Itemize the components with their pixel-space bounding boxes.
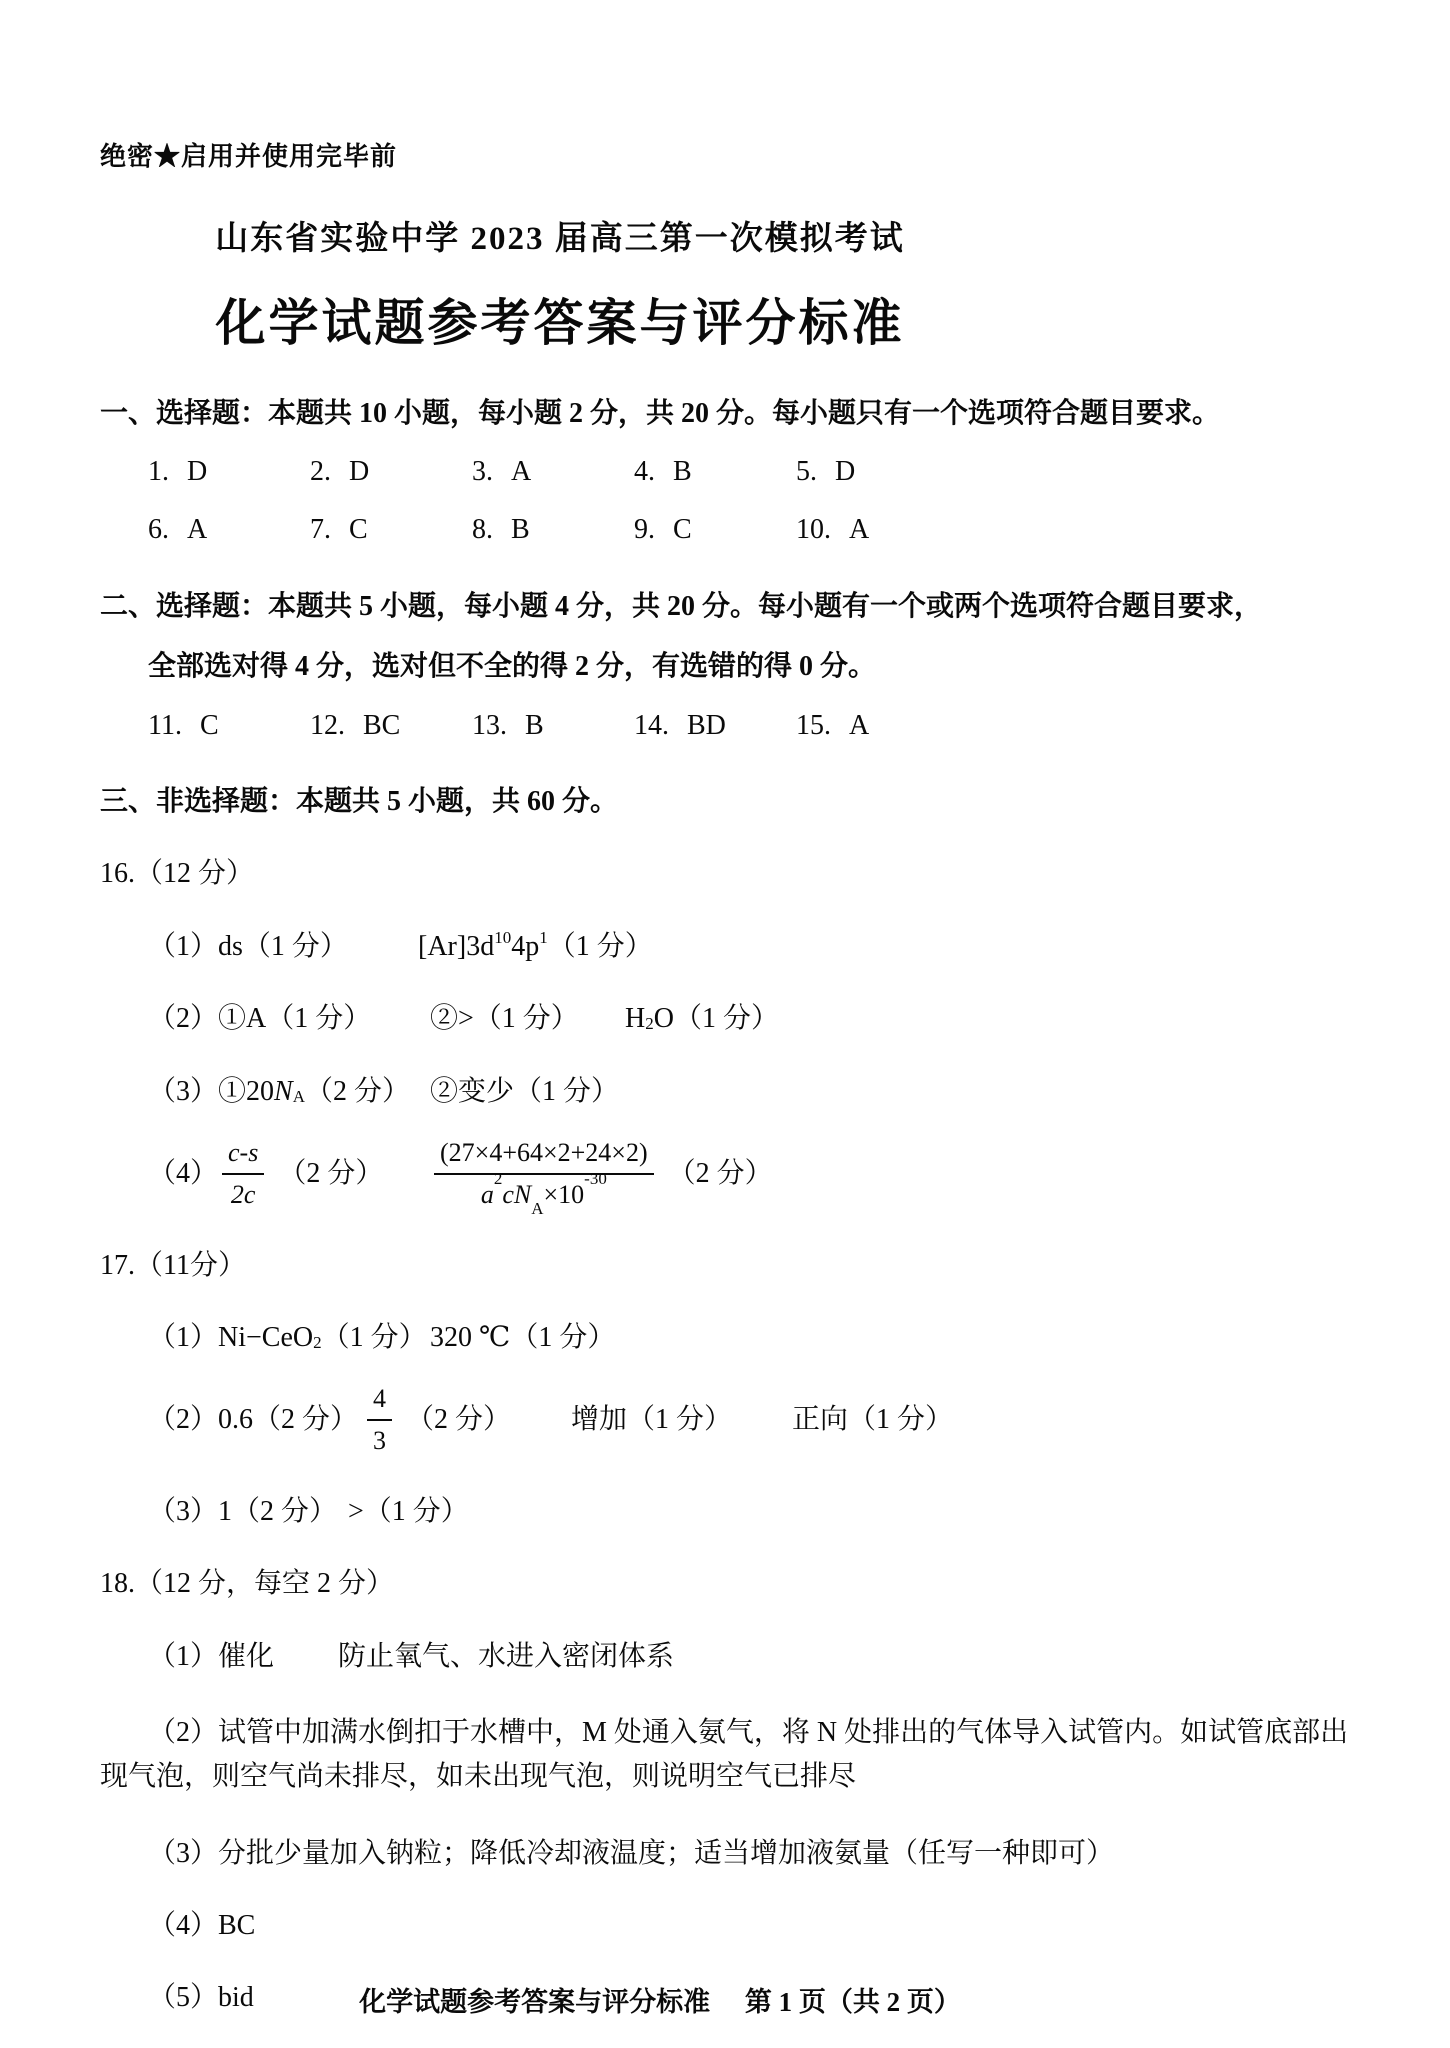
answer-letter: BD <box>687 710 726 741</box>
classification-note: 绝密★启用并使用完毕前 <box>100 140 1360 174</box>
answer-number: 6. <box>148 514 169 545</box>
answer-item: 6.A <box>148 512 310 548</box>
q17-part1: （1）Ni−CeO2（1 分） 320 ℃（1 分） <box>148 1320 1360 1356</box>
section3-heading: 三、非选择题：本题共 5 小题，共 60 分。 <box>100 784 1360 820</box>
answer-number: 10. <box>796 514 831 545</box>
score-label: （1 分） <box>322 1320 427 1356</box>
answer-letter: D <box>835 456 855 487</box>
answer-item: 14.BD <box>634 708 796 744</box>
answer-letter: C <box>673 514 692 545</box>
answer-item: 5.D <box>796 454 958 490</box>
answer-letter: B <box>525 710 544 741</box>
answer-row-1-5: 1.D 2.D 3.A 4.B 5.D <box>148 454 1360 490</box>
answer-letter: D <box>187 456 207 487</box>
formula-segment: ×10 <box>543 1180 584 1209</box>
q17-2-answer-increase: 增加（1 分） <box>571 1402 732 1438</box>
q16-4-answer-1: （4） c-s2c （2 分） <box>148 1136 430 1212</box>
answer-number: 7. <box>310 514 331 545</box>
q16-2-answer-1: （2）①A（1 分） <box>148 1001 430 1037</box>
q18-part1: （1）催化 防止氧气、水进入密闭体系 <box>148 1639 1360 1675</box>
answer-number: 5. <box>796 456 817 487</box>
q16-2-answer-2: ②>（1 分） <box>430 1001 625 1037</box>
avogadro-symbol: N <box>274 1074 293 1110</box>
answer-item: 8.B <box>472 512 634 548</box>
q18-4-answer: （4）BC <box>148 1908 255 1944</box>
answer-item: 4.B <box>634 454 796 490</box>
answer-item: 10.A <box>796 512 958 548</box>
subscript: A <box>531 1199 543 1218</box>
answer-letter: D <box>349 456 369 487</box>
exam-title: 山东省实验中学 2023 届高三第一次模拟考试 <box>100 218 1020 261</box>
q17-3-answer-2: >（1 分） <box>348 1494 469 1530</box>
q16-part2: （2）①A（1 分） ②>（1 分） H2O（1 分） <box>148 1001 1360 1037</box>
answer-letter: C <box>349 514 368 545</box>
answer-number: 3. <box>472 456 493 487</box>
fraction-denominator: 3 <box>367 1421 392 1458</box>
formula-segment: 4p <box>511 929 539 965</box>
score-label: （1 分） <box>548 929 653 965</box>
q18-1-answer-catalysis: （1）催化 <box>148 1639 274 1675</box>
answer-number: 1. <box>148 456 169 487</box>
q17-2-answer-1: （2）0.6（2 分） <box>148 1402 363 1438</box>
fraction-density-expression: (27×4+64×2+24×2) a2cNA×10-30 <box>434 1136 654 1212</box>
answer-number: 8. <box>472 514 493 545</box>
score-label: （2 分） <box>305 1074 410 1110</box>
answer-number: 2. <box>310 456 331 487</box>
fraction-numerator: 4 <box>367 1382 392 1421</box>
section1-heading: 一、选择题：本题共 10 小题，每小题 2 分，共 20 分。每小题只有一个选项… <box>100 396 1360 432</box>
formula-segment: a <box>481 1180 494 1209</box>
q16-part1: （1）ds（1 分） [Ar]3d104p1（1 分） <box>148 929 1360 965</box>
formula-segment: O <box>654 1001 674 1037</box>
answer-letter: BC <box>363 710 400 741</box>
answer-item: 15.A <box>796 708 958 744</box>
q17-part3: （3）1（2 分） >（1 分） <box>148 1494 1360 1530</box>
answer-letter: A <box>849 710 869 741</box>
q17-2-answer-fraction: 43 （2 分） <box>363 1382 511 1458</box>
q16-part3: （3）①20NA（2 分） ②变少（1 分） <box>148 1074 1360 1110</box>
formula-segment: （1）Ni−CeO <box>148 1320 313 1356</box>
answer-number: 15. <box>796 710 831 741</box>
fraction-denominator: a2cNA×10-30 <box>434 1175 654 1212</box>
q17-3-answer-1: （3）1（2 分） <box>148 1494 348 1530</box>
fraction-numerator: c-s <box>222 1136 264 1175</box>
question17-label: 17.（11分） <box>100 1248 1360 1284</box>
answer-number: 14. <box>634 710 669 741</box>
answer-item: 7.C <box>310 512 472 548</box>
answer-number: 4. <box>634 456 655 487</box>
q17-part2: （2）0.6（2 分） 43 （2 分） 增加（1 分） 正向（1 分） <box>148 1382 1360 1458</box>
answer-number: 11. <box>148 710 182 741</box>
score-label: （2 分） <box>668 1156 773 1192</box>
answer-item: 11.C <box>148 708 310 744</box>
q18-part3: （3）分批少量加入钠粒；降低冷却液温度；适当增加液氨量（任写一种即可） <box>148 1836 1360 1872</box>
answer-key-title: 化学试题参考答案与评分标准 <box>100 291 1020 356</box>
page-footer: 化学试题参考答案与评分标准 第 1 页（共 2 页） <box>0 1985 1320 2020</box>
answer-letter: A <box>511 456 531 487</box>
formula-segment: [Ar]3d <box>418 929 494 965</box>
q17-2-answer-forward: 正向（1 分） <box>792 1402 953 1438</box>
q16-3-answer-2: ②变少（1 分） <box>430 1074 619 1110</box>
answer-number: 13. <box>472 710 507 741</box>
superscript: 2 <box>494 1169 503 1188</box>
fraction-cs-over-2c: c-s2c <box>222 1136 264 1212</box>
answer-number: 12. <box>310 710 345 741</box>
q18-part4: （4）BC <box>148 1908 1360 1944</box>
question18-label: 18.（12 分，每空 2 分） <box>100 1566 1360 1602</box>
q18-1-answer-prevent: 防止氧气、水进入密闭体系 <box>338 1639 674 1675</box>
answer-letter: A <box>187 514 207 545</box>
answer-item: 9.C <box>634 512 796 548</box>
answer-letter: A <box>849 514 869 545</box>
answer-number: 9. <box>634 514 655 545</box>
fraction-numerator: (27×4+64×2+24×2) <box>434 1136 654 1175</box>
q16-3-answer-1: （3）①20NA（2 分） <box>148 1074 430 1110</box>
answer-item: 12.BC <box>310 708 472 744</box>
section2-heading-line1: 二、选择题：本题共 5 小题，每小题 4 分，共 20 分。每小题有一个或两个选… <box>100 589 1360 625</box>
fraction-denominator: 2c <box>222 1175 264 1212</box>
q17-1-answer-temperature: 320 ℃（1 分） <box>430 1320 615 1356</box>
q16-2-answer-water: H2O（1 分） <box>625 1001 779 1037</box>
q18-part2-paragraph: （2）试管中加满水倒扣于水槽中，M 处通入氨气，将 N 处排出的气体导入试管内。… <box>100 1711 1360 1799</box>
score-label: （2 分） <box>406 1402 511 1438</box>
superscript: -30 <box>584 1169 607 1188</box>
question16-label: 16.（12 分） <box>100 856 1360 892</box>
formula-segment: H <box>625 1001 645 1037</box>
answer-item: 13.B <box>472 708 634 744</box>
avogadro-symbol: N <box>514 1180 531 1209</box>
section2-heading-line2: 全部选对得 4 分，选对但不全的得 2 分，有选错的得 0 分。 <box>148 649 1360 685</box>
answer-item: 2.D <box>310 454 472 490</box>
item-number: （4） <box>148 1156 218 1192</box>
answer-item: 3.A <box>472 454 634 490</box>
answer-key-page: 绝密★启用并使用完毕前 山东省实验中学 2023 届高三第一次模拟考试 化学试题… <box>0 0 1450 2048</box>
q16-part4: （4） c-s2c （2 分） (27×4+64×2+24×2) a2cNA×1… <box>148 1136 1360 1212</box>
q16-4-answer-2: (27×4+64×2+24×2) a2cNA×10-30 （2 分） <box>430 1136 773 1212</box>
answer-letter: C <box>200 710 219 741</box>
q18-3-answer: （3）分批少量加入钠粒；降低冷却液温度；适当增加液氨量（任写一种即可） <box>148 1836 1114 1872</box>
answer-row-6-10: 6.A 7.C 8.B 9.C 10.A <box>148 512 1360 548</box>
q16-1-answer-ds: （1）ds（1 分） <box>148 929 418 965</box>
answer-item: 1.D <box>148 454 310 490</box>
formula-segment: c <box>502 1180 514 1209</box>
answer-row-11-15: 11.C 12.BC 13.B 14.BD 15.A <box>148 708 1360 744</box>
answer-letter: B <box>673 456 692 487</box>
answer-letter: B <box>511 514 530 545</box>
q16-1-electron-configuration: [Ar]3d104p1（1 分） <box>418 929 653 965</box>
score-label: （1 分） <box>674 1001 779 1037</box>
q17-1-answer-catalyst: （1）Ni−CeO2（1 分） <box>148 1320 430 1356</box>
fraction-4-over-3: 43 <box>367 1382 392 1458</box>
formula-segment: （3）①20 <box>148 1074 274 1110</box>
footer-page-number: 第 1 页（共 2 页） <box>745 1987 961 2017</box>
score-label: （2 分） <box>278 1156 383 1192</box>
footer-doc-name: 化学试题参考答案与评分标准 <box>359 1987 710 2017</box>
